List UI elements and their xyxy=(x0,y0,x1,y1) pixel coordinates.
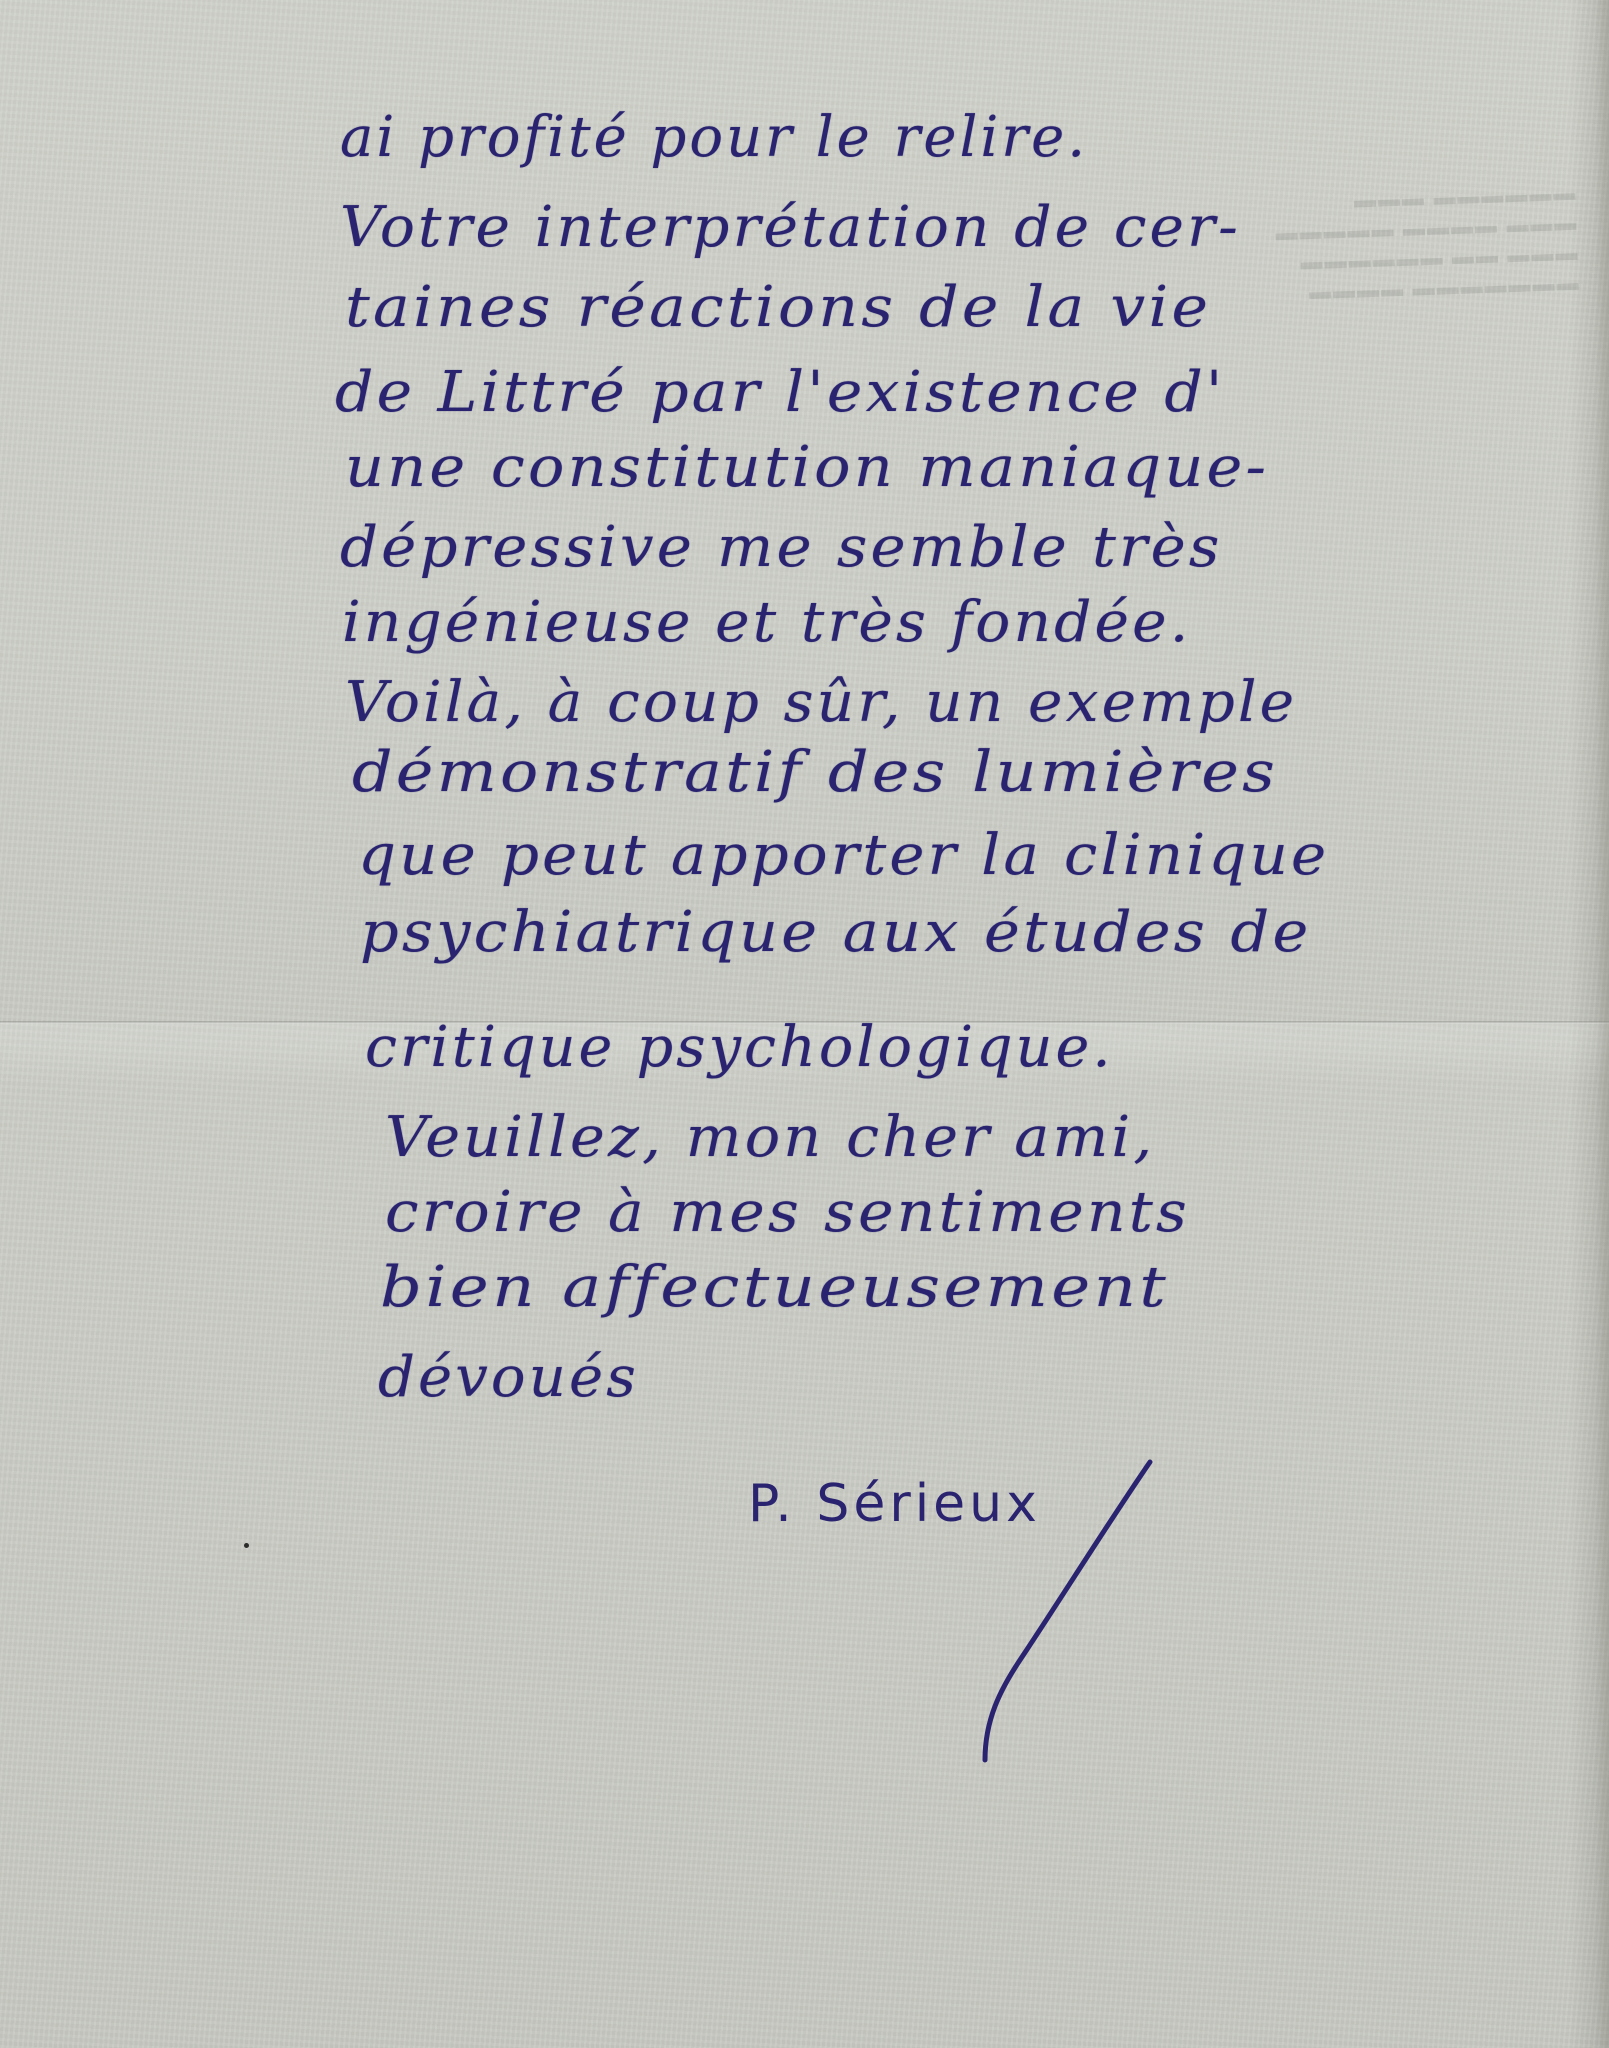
handwritten-line: croire à mes sentiments xyxy=(385,1185,1190,1241)
handwritten-line: ingénieuse et très fondée. xyxy=(342,595,1191,651)
handwritten-line: critique psychologique. xyxy=(365,1020,1114,1076)
handwritten-line: Votre interprétation de cer- xyxy=(340,200,1241,256)
handwritten-line: dépressive me semble très xyxy=(340,520,1223,576)
handwritten-line: Veuillez, mon cher ami, xyxy=(385,1110,1155,1166)
handwritten-line: Voilà, à coup sûr, un exemple xyxy=(345,675,1297,731)
signature: P. Sérieux xyxy=(748,1478,1041,1530)
handwritten-line: une constitution maniaque- xyxy=(345,440,1269,496)
handwritten-line: bien affectueusement xyxy=(380,1260,1169,1316)
handwritten-line: de Littré par l'existence d' xyxy=(335,365,1226,421)
handwritten-line: taines réactions de la vie xyxy=(345,280,1211,336)
paper-right-edge-shadow xyxy=(1595,0,1609,2048)
handwritten-line: démonstratif des lumières xyxy=(352,745,1278,801)
ink-speck xyxy=(244,1543,249,1548)
handwritten-line: que peut apporter la clinique xyxy=(358,828,1329,884)
handwritten-line: ai profité pour le relire. xyxy=(340,110,1088,166)
handwritten-line: psychiatrique aux études de xyxy=(360,905,1312,961)
handwritten-line: dévoués xyxy=(378,1350,639,1406)
